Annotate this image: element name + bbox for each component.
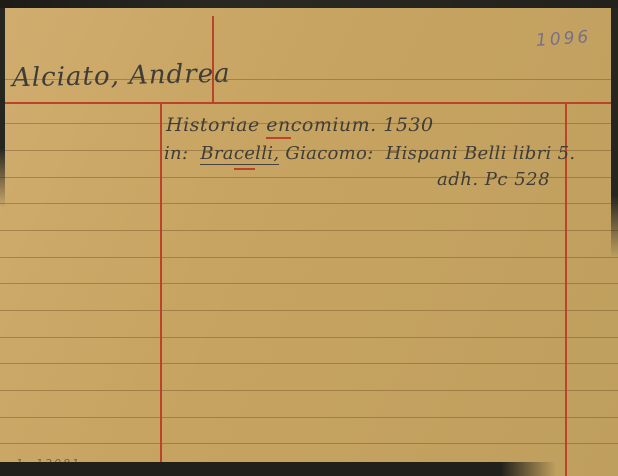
ruled-line bbox=[0, 283, 618, 284]
ruled-line bbox=[0, 203, 618, 204]
ruled-line bbox=[0, 257, 618, 258]
title-red-correction-mark: en bbox=[266, 114, 290, 139]
shelfmark: adh. Pc 528 bbox=[437, 169, 550, 190]
ref-author-post: lli, bbox=[255, 143, 279, 164]
referenced-author-underlined: Bracelli, bbox=[200, 143, 279, 165]
title-entry: Historiae encomium. 1530 bbox=[166, 114, 434, 136]
red-grid-horizontal-line bbox=[0, 102, 612, 104]
title-text-pre: Historiae bbox=[166, 114, 266, 136]
catalog-card: Alciato, Andrea 1096 Historiae encomium.… bbox=[0, 8, 618, 476]
ruled-line bbox=[0, 230, 618, 231]
ruled-line bbox=[0, 417, 618, 418]
author-heading: Alciato, Andrea bbox=[12, 59, 231, 94]
ruled-line bbox=[0, 363, 618, 364]
in-prefix: in: bbox=[164, 143, 200, 164]
ruled-line bbox=[0, 337, 618, 338]
ruled-line bbox=[0, 310, 618, 311]
scan-edge-top bbox=[0, 0, 618, 8]
ruled-line bbox=[0, 443, 618, 444]
scan-edge-left bbox=[0, 8, 5, 208]
red-grid-vertical-left-line bbox=[160, 102, 162, 474]
ref-author-red-correction-mark: ce bbox=[234, 143, 255, 170]
reference-rest: Giacomo: Hispani Belli libri 5. bbox=[279, 143, 575, 164]
ref-author-pre: Bra bbox=[200, 143, 233, 164]
scan-edge-bottom bbox=[0, 462, 556, 476]
title-text-post: comium. 1530 bbox=[291, 114, 434, 136]
scan-edge-right bbox=[611, 8, 618, 258]
pencil-number: 1096 bbox=[535, 27, 592, 51]
ruled-line bbox=[0, 390, 618, 391]
contained-in-reference: in: Bracelli, Giacomo: Hispani Belli lib… bbox=[164, 143, 575, 164]
